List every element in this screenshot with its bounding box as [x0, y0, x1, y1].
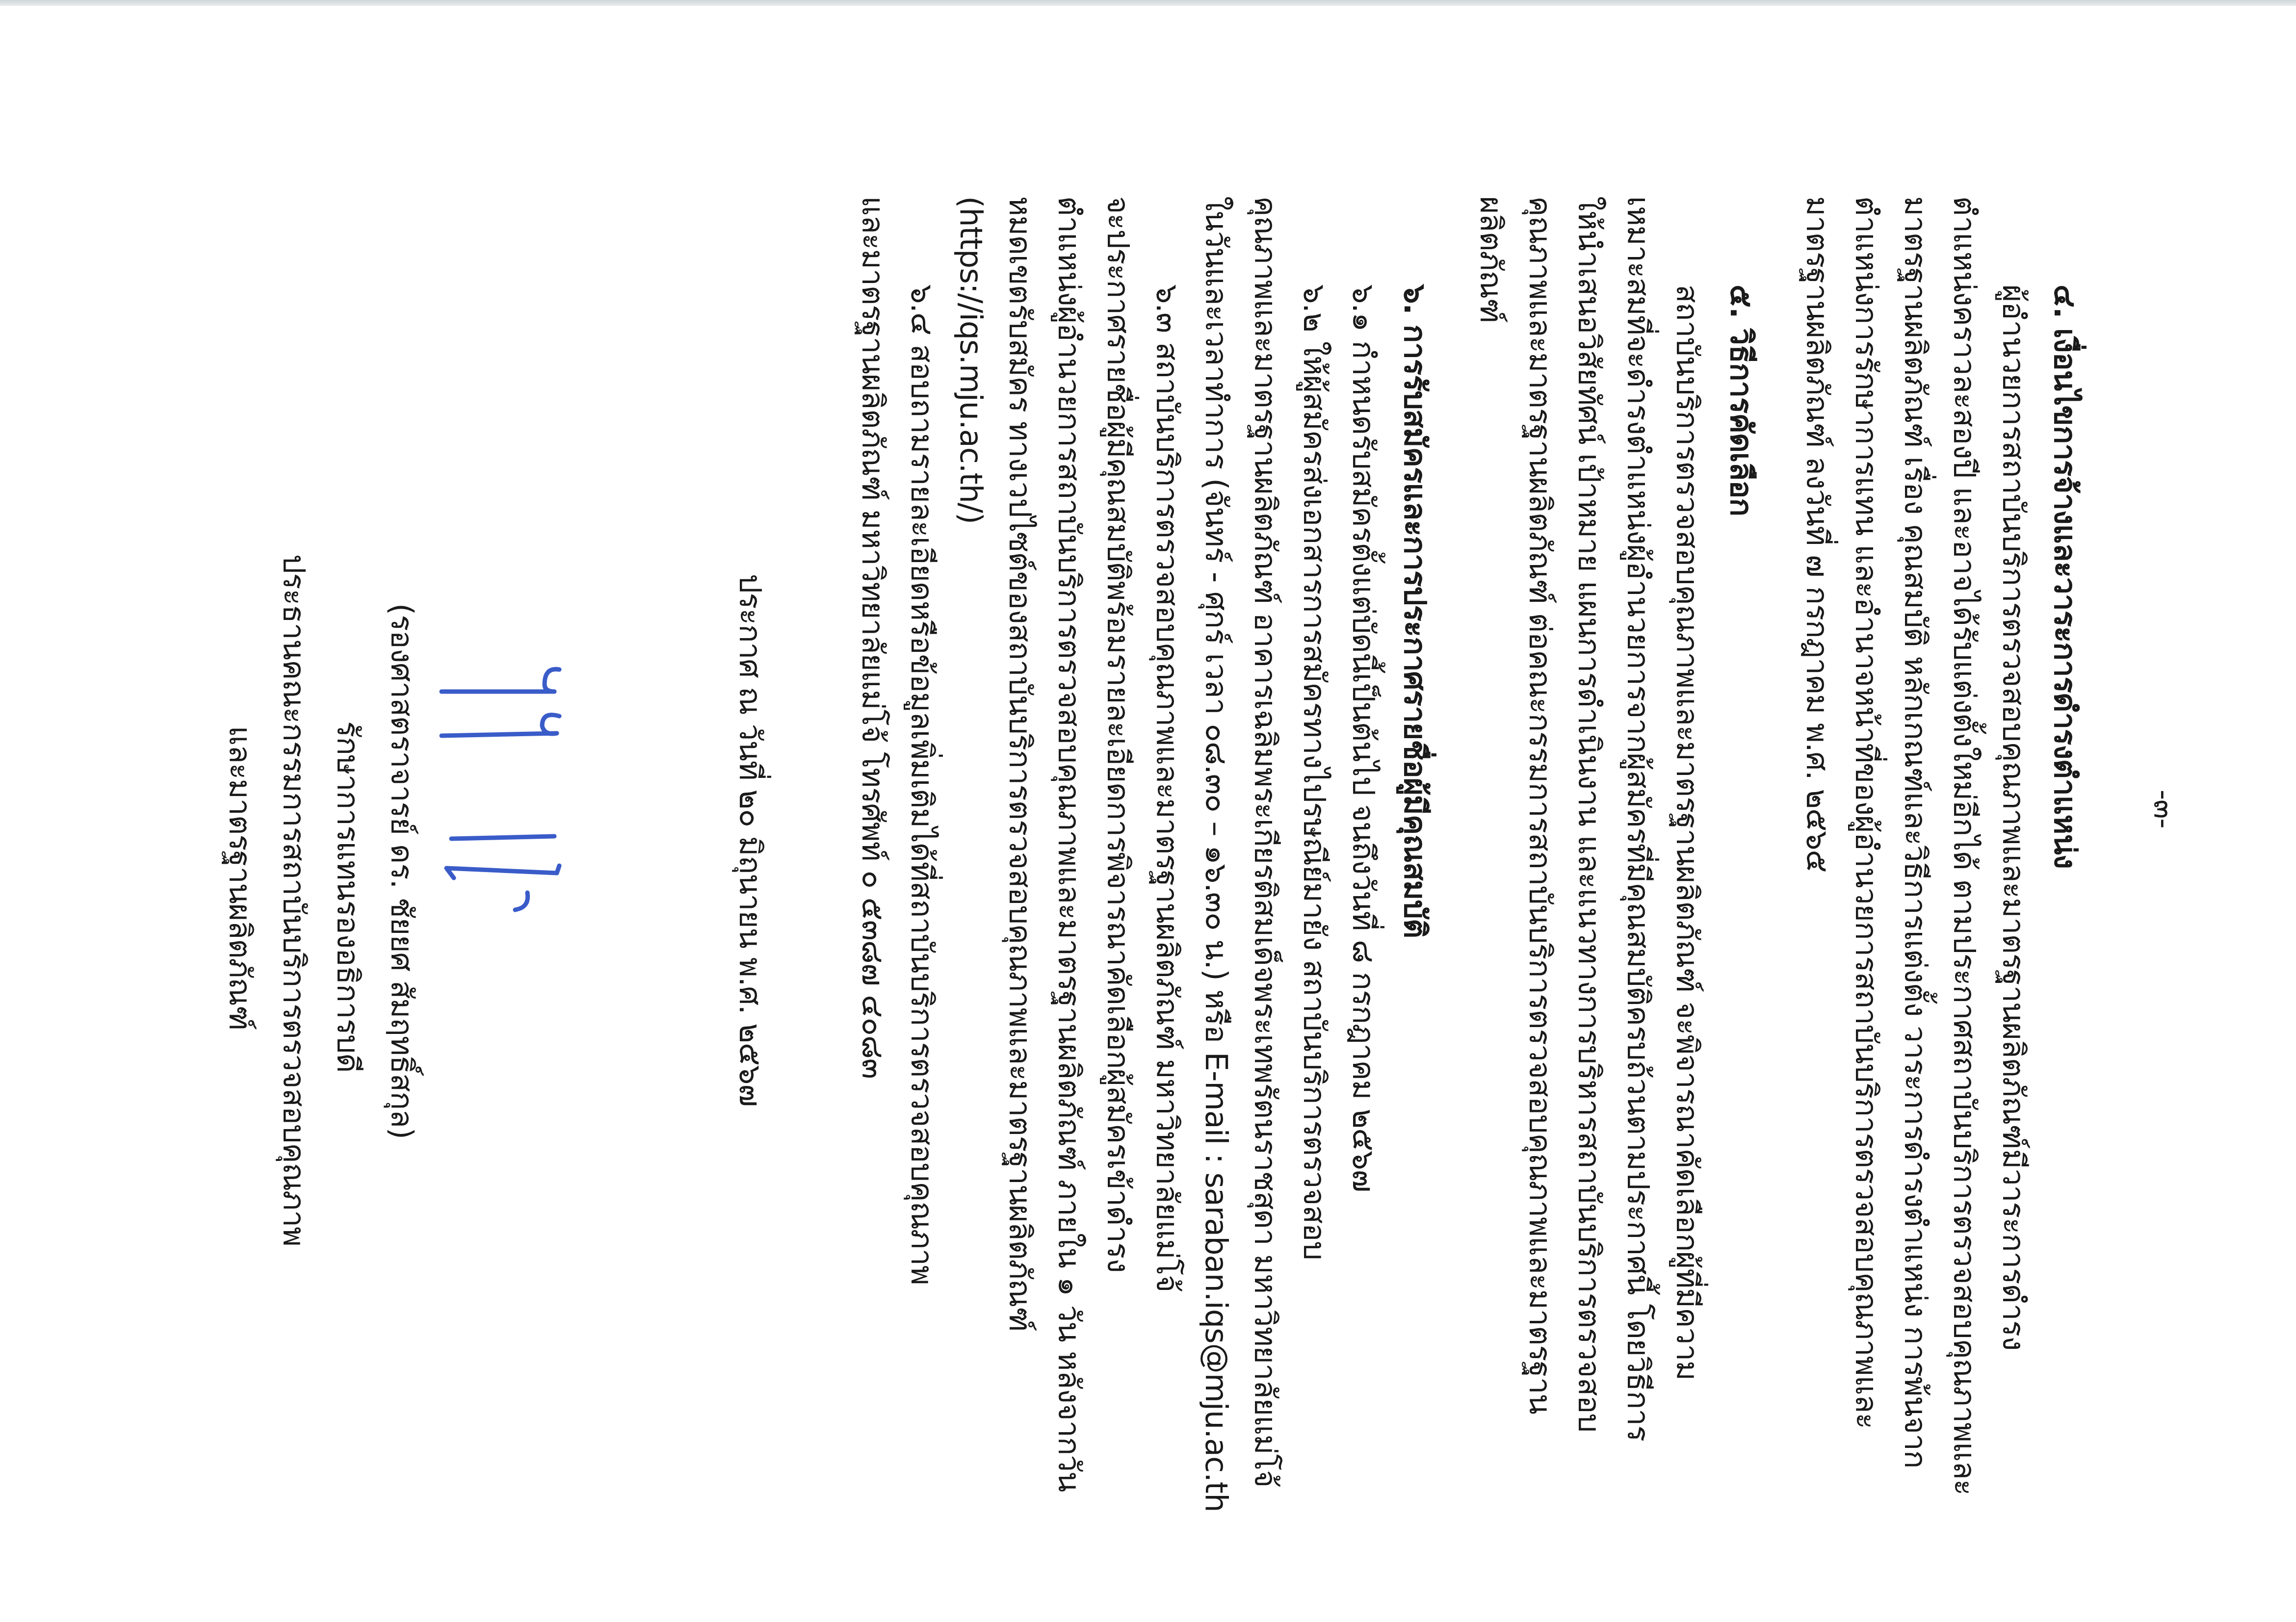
- document-page: -๓- ๔. เงื่อนไขการจ้างและวาระการดำรงตำแห…: [0, 0, 2296, 1622]
- section-4-heading: ๔. เงื่อนไขการจ้างและวาระการดำรงตำแหน่ง: [2050, 284, 2080, 869]
- section-5-line: ให้นำเสนอวิสัยทัศน์ เป้าหมาย แผนการดำเนิ…: [1574, 196, 1604, 1432]
- section-4-line: ผู้อำนวยการสถาบันบริการตรวจสอบคุณภาพและม…: [1998, 284, 2029, 1350]
- announcement-date: ประกาศ ณ วันที่ ๒๐ มิถุนายน พ.ศ. ๒๕๖๗: [735, 574, 765, 1107]
- section-6-3-line: จะประกาศรายชื่อผู้มีคุณสมบัติพร้อมรายละเ…: [1103, 196, 1133, 1272]
- section-4-line: มาตรฐานผลิตภัณฑ์ เรื่อง คุณสมบัติ หลักเก…: [1900, 196, 1931, 1468]
- section-5-line: คุณภาพและมาตรฐานผลิตภัณฑ์ ต่อคณะกรรมการส…: [1525, 196, 1555, 1414]
- section-6-heading: ๖. การรับสมัครและการประกาศรายชื่อผู้มีคุ…: [1400, 284, 1430, 938]
- section-5-line: สถาบันบริการตรวจสอบคุณภาพและมาตรฐานผลิตภ…: [1672, 284, 1702, 1380]
- section-4-line: มาตรฐานผลิตภัณฑ์ ลงวันที่ ๗ กรกฎาคม พ.ศ.…: [1802, 196, 1832, 872]
- section-5-heading: ๕. วิธีการคัดเลือก: [1726, 284, 1756, 516]
- section-6-1-line: ๖.๑ กำหนดรับสมัครตั้งแต่บัดนี้เป็นต้นไป …: [1348, 284, 1379, 1192]
- page-number: -๓-: [2150, 790, 2178, 828]
- section-6-4-line: และมาตรฐานผลิตภัณฑ์ มหาวิทยาลัยแม่โจ้ โท…: [858, 196, 888, 1079]
- section-6-2-line: ๖.๒ ให้ผู้สมัครส่งเอกสารการสมัครทางไปรษณ…: [1299, 284, 1330, 1260]
- section-6-3-line: (https://iqs.mju.ac.th/): [956, 196, 986, 524]
- signatory-position: ประธานคณะกรรมการสถาบันบริการตรวจสอบคุณภา…: [279, 554, 309, 1246]
- section-5-line: เหมาะสมที่จะดำรงตำแหน่งผู้อำนวยการจากผู้…: [1623, 196, 1653, 1441]
- section-6-4-line: ๖.๔ สอบถามรายละเอียดหรือข้อมูลเพิ่มเติมไ…: [907, 284, 937, 1285]
- section-6-2-line: ในวันและเวลาทำการ (จันทร์ - ศุกร์ เวลา ๐…: [1201, 196, 1231, 1512]
- section-6-2-line: คุณภาพและมาตรฐานผลิตภัณฑ์ อาคารเฉลิมพระเ…: [1250, 196, 1280, 1487]
- signatory-position: และมาตรฐานผลิตภัณฑ์: [225, 726, 255, 1030]
- section-5-line: ผลิตภัณฑ์: [1476, 196, 1506, 323]
- section-4-line: ตำแหน่งการรักษาการแทน และอำนาจหน้าที่ของ…: [1851, 196, 1881, 1429]
- signatory-position: รักษาการแทนรองอธิการบดี: [333, 721, 363, 1073]
- handwritten-signature: [437, 662, 564, 966]
- section-6-3-line: ๖.๓ สถาบันบริการตรวจสอบคุณภาพและมาตรฐานผ…: [1152, 284, 1182, 1292]
- section-6-3-line: ตำแหน่งผู้อำนวยการสถาบันบริการตรวจสอบคุณ…: [1054, 196, 1084, 1492]
- signatory-name: (รองศาสตราจารย์ ดร. ชัยยศ สัมฤทธิ์สกุล): [387, 603, 417, 1139]
- section-4-line: ตำแหน่งคราวละสองปี และอาจได้รับแต่งตั้งใ…: [1949, 196, 1980, 1495]
- section-6-3-line: หมดเขตรับสมัคร ทางเวปไซต์ของสถาบันบริการ…: [1005, 196, 1035, 1332]
